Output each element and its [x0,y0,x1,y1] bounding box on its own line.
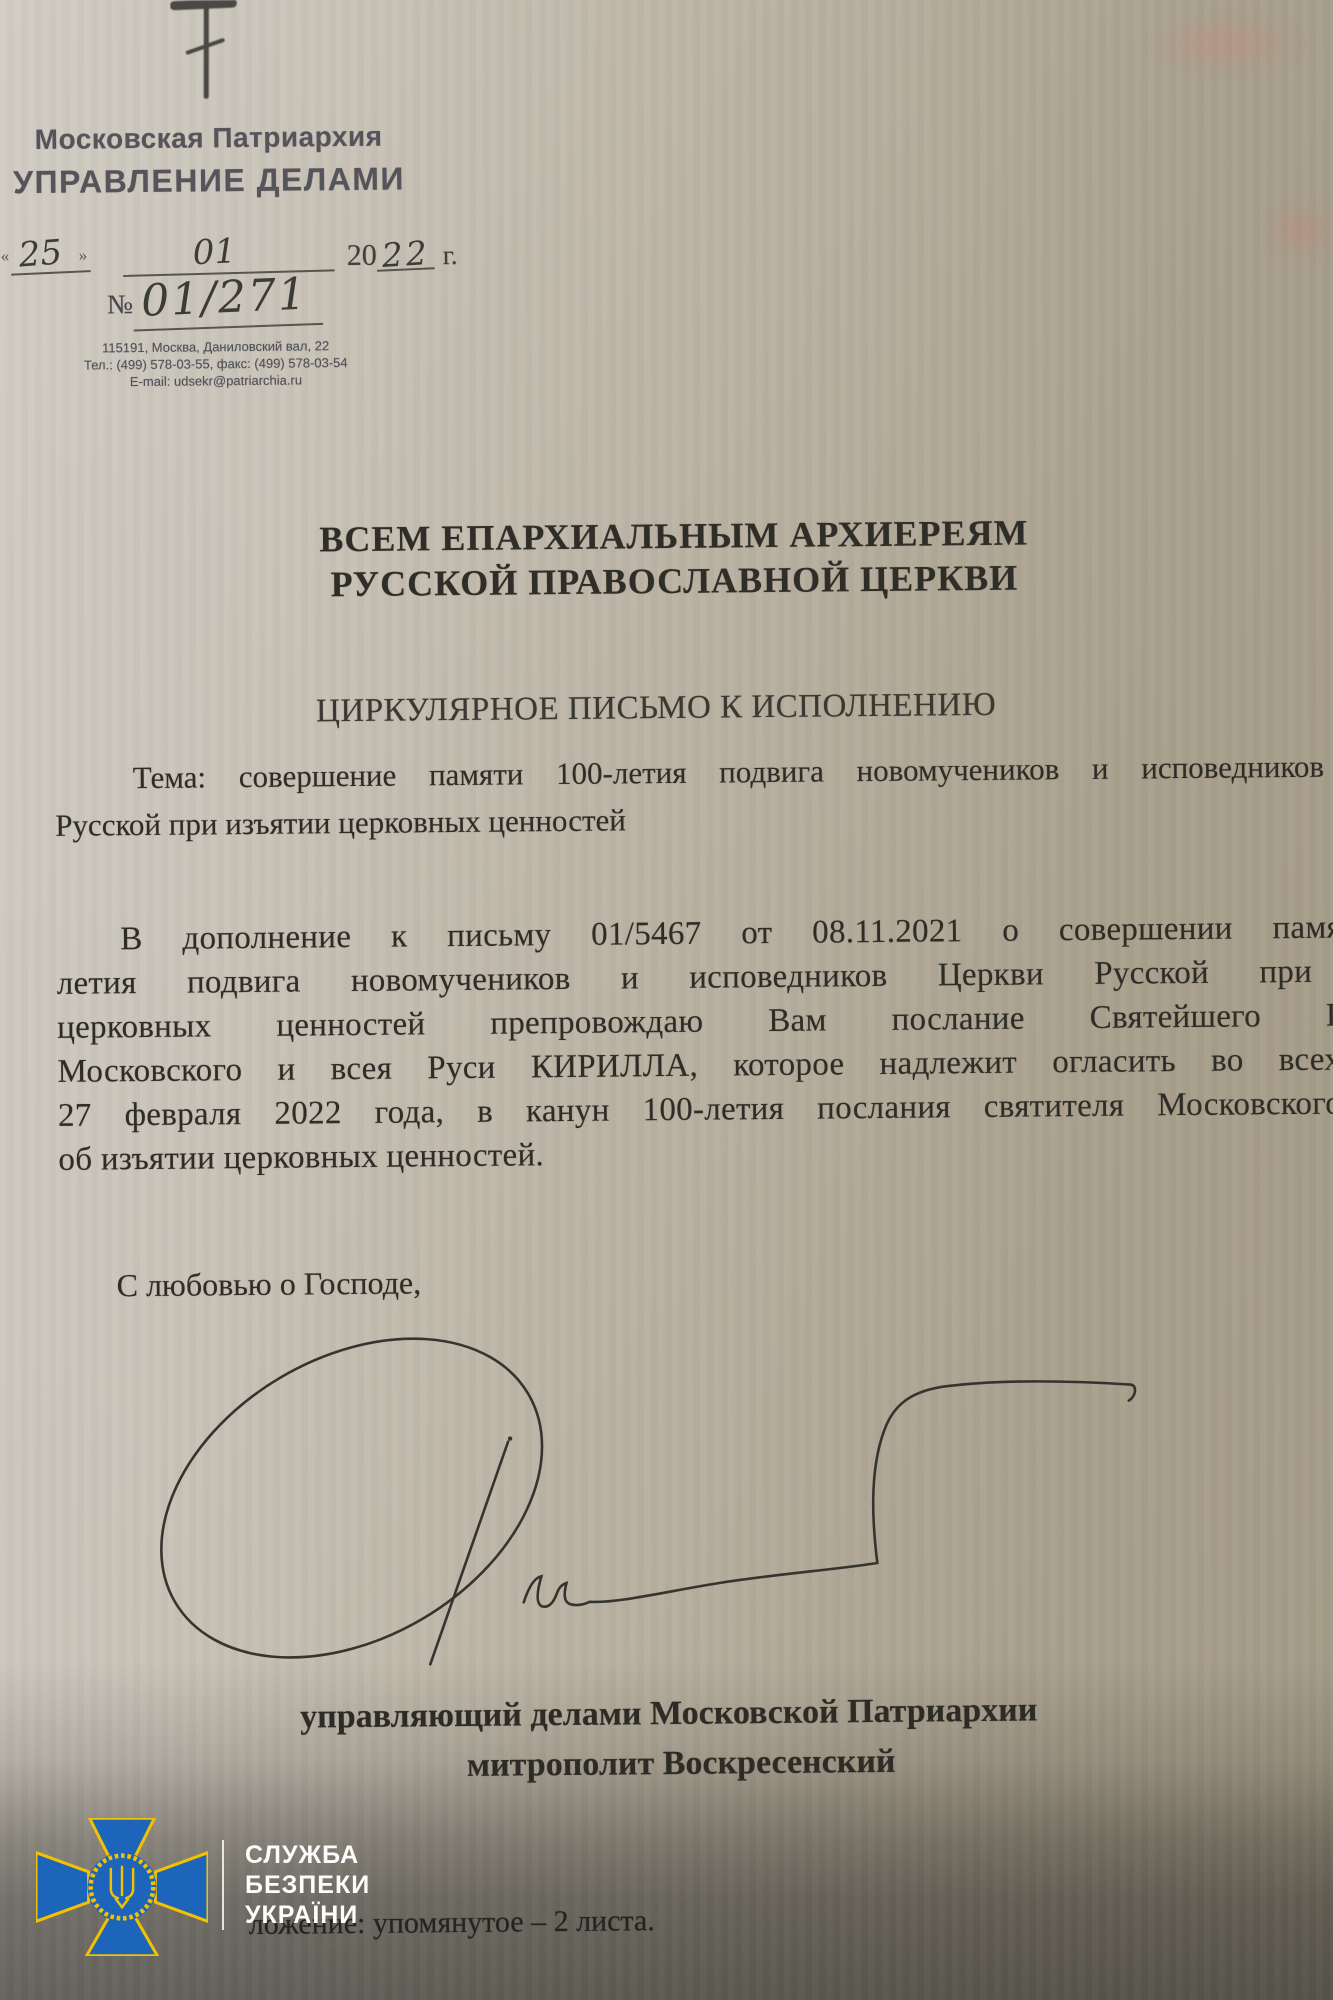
address-block: 115191, Москва, Даниловский вал, 22 Тел.… [0,336,436,391]
address-line: E-mail: udsekr@patriarchia.ru [0,370,436,391]
document-photo: Московская Патриархия УПРАВЛЕНИЕ ДЕЛАМИ … [0,0,1333,2000]
date-day-handwritten: 25 [17,232,63,275]
org-name: Московская Патриархия [0,120,424,156]
date-year-suffix: г. [443,240,458,271]
sbu-wordmark-line: УКРАЇНИ [245,1900,370,1930]
signer-name: митрополит Воскресенский [9,1738,1333,1789]
signature-scribble [145,1320,1158,1675]
body-line: церковных ценностей препровождаю Вам пос… [57,996,1333,1047]
sbu-emblem-icon [36,1818,208,1956]
body-line: летия подвига новомучеников и исповедник… [57,952,1333,1003]
body-line: 27 февраля 2022 года, в канун 100-летия … [58,1084,1333,1135]
org-department: УПРАВЛЕНИЕ ДЕЛАМИ [0,160,424,201]
date-month-handwritten: 01 [192,231,237,273]
sbu-wordmark-line: СЛУЖБА [245,1840,370,1870]
number-label: № [107,289,133,320]
closing-line: С любовью о Господе, [116,1264,421,1304]
body-line: Московского и всея Руси КИРИЛЛА, которое… [57,1040,1333,1091]
date-quote-open: « [1,246,10,266]
sbu-wordmark: СЛУЖБА БЕЗПЕКИ УКРАЇНИ [222,1840,370,1930]
date-quote-close: » [79,246,88,266]
body-line: В дополнение к письму 01/5467 от 08.11.2… [56,908,1333,959]
date-year-printed: 20 [347,239,377,273]
topic-line: Тема: совершение памяти 100-летия подвиг… [55,747,1333,796]
signer-title: управляющий делами Московской Патриархии [9,1689,1329,1740]
recipient-heading-line: РУССКОЙ ПРАВОСЛАВНОЙ ЦЕРКВИ [18,554,1331,609]
number-value-handwritten: 01/271 [140,269,309,327]
sbu-wordmark-line: БЕЗПЕКИ [245,1870,370,1900]
topic-line: Русской при изъятии церковных ценностей [55,802,626,843]
orthodox-cross-icon [170,0,243,101]
body-line: об изъятии церковных ценностей. [58,1137,544,1179]
circular-heading: ЦИРКУЛЯРНОЕ ПИСЬМО К ИСПОЛНЕНИЮ [0,684,1313,734]
